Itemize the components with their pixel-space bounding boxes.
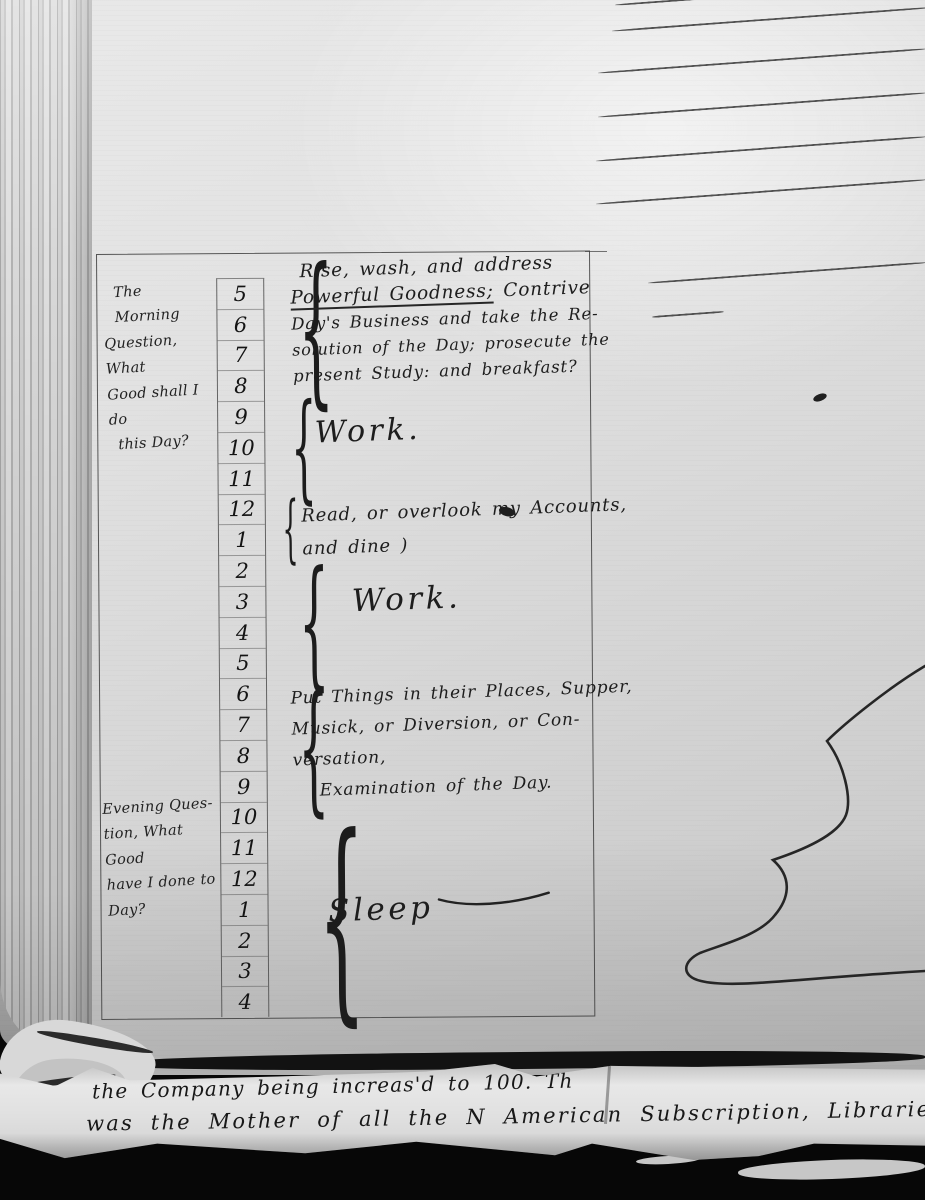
activity-work-afternoon: Work. — [351, 579, 462, 619]
activity-evening: Put Things in their Places, Supper, Musi… — [290, 672, 636, 808]
hour-cell: 6 — [217, 310, 263, 341]
hour-cell: 8 — [218, 371, 264, 402]
paper-sliver — [738, 1157, 925, 1183]
question-line: this Day? — [118, 427, 221, 458]
hour-cell: 7 — [220, 710, 266, 741]
hour-cell: 10 — [218, 433, 264, 464]
question-line: Question, What — [104, 326, 217, 383]
hour-cell: 3 — [219, 587, 265, 618]
activity-work-morning: Work. — [314, 412, 422, 451]
hour-cell: 11 — [221, 833, 267, 864]
hour-cell: 8 — [220, 741, 266, 772]
hour-cell: 9 — [218, 402, 264, 433]
pen-swash-icon — [437, 879, 556, 919]
activity-midday: Read, or overlook my Accounts, and dine … — [301, 488, 629, 565]
hour-column: 567891011121234567891011121234 — [216, 278, 269, 1017]
hour-cell: 12 — [219, 494, 265, 525]
hour-cell: 1 — [221, 895, 267, 926]
hour-cell: 4 — [222, 987, 268, 1017]
morning-question: The Morning Question, What Good shall I … — [101, 275, 221, 459]
brace-icon: { — [269, 561, 359, 684]
hour-cell: 6 — [220, 679, 266, 710]
hour-cell: 12 — [221, 864, 267, 895]
hour-cell: 2 — [219, 556, 265, 587]
hour-cell: 1 — [219, 525, 265, 556]
hour-cell: 9 — [221, 772, 267, 803]
daily-schedule-table: 567891011121234567891011121234 The Morni… — [96, 251, 595, 1020]
manuscript-photo: O teach me what is g Save me from Folly,… — [0, 0, 925, 1200]
hour-cell: 4 — [220, 618, 266, 649]
flourish-icon — [620, 650, 925, 999]
hour-cell: 5 — [220, 648, 266, 679]
question-line: The Morning — [113, 275, 214, 331]
question-line: Good shall I do — [107, 377, 220, 434]
strip-text-line: was the Mother of all the N American Sub… — [86, 1096, 925, 1136]
hour-cell: 2 — [222, 926, 268, 957]
hour-cell: 5 — [217, 279, 263, 310]
evening-question: Evening Ques- tion, What Good have I don… — [102, 791, 221, 924]
activity-rise: Rise, wash, and address Powerful Goodnes… — [289, 249, 611, 390]
activity-sleep: Sleep — [327, 879, 556, 929]
question-line: tion, What Good — [103, 817, 218, 874]
hour-cell: 11 — [218, 464, 264, 495]
page-edges-texture — [0, 0, 92, 1048]
hour-cell: 10 — [221, 802, 267, 833]
activity-line: Contrive — [493, 277, 591, 301]
hour-cell: 3 — [222, 956, 268, 987]
activity-line: Sleep — [328, 890, 434, 930]
hour-cell: 7 — [218, 340, 264, 371]
